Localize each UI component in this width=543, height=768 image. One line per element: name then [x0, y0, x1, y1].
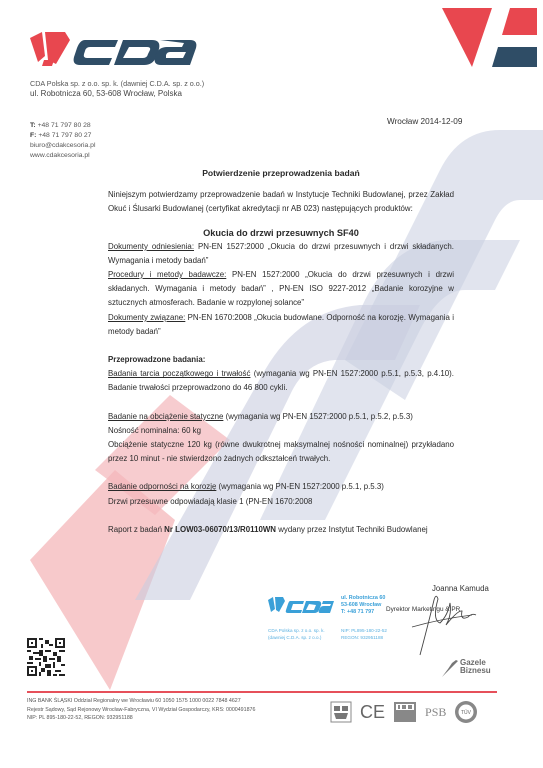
test-procedures: Procedury i metody badawcze: PN-EN 1527:… — [108, 268, 454, 311]
document-date: Wrocław 2014-12-09 — [387, 117, 462, 126]
test-corrosion: Badanie odporności na korozję (wymagania… — [108, 480, 454, 494]
report-reference: Raport z badań Nr LOW03-06070/13/R0110WN… — [108, 523, 454, 537]
stamp-company: CDA Polska sp. z o.o. sp. k. (dawniej C.… — [268, 627, 325, 641]
tuv-logo-icon: TÜV — [454, 700, 478, 724]
tests-heading: Przeprowadzone badania: — [108, 353, 454, 367]
stamp-address: ul. Robotnicza 60 53-608 Wrocław T: +48 … — [341, 595, 385, 617]
tax-ids: NIP: PL 895-180-22-52, REGON: 932951188 — [27, 714, 255, 723]
test-friction-durability: Badania tarcia początkowego i trwałość (… — [108, 367, 454, 395]
psb-logo-icon: PSB — [425, 700, 446, 724]
company-name: CDA Polska sp. z o.o. sp. k. (dawniej C.… — [30, 79, 204, 89]
footer-info: ING BANK ŚLĄSKI Oddział Regionalny we Wr… — [27, 697, 255, 723]
qr-code[interactable] — [27, 638, 65, 676]
stamp-cda-logo — [268, 595, 336, 617]
building-institute-icon — [330, 700, 352, 724]
product-name: Okucia do drzwi przesuwnych SF40 — [108, 227, 454, 240]
footer-divider — [27, 691, 497, 693]
handwritten-signature — [410, 585, 480, 665]
court-registry: Rejestr Sądowy, Sąd Rejonowy Wrocław-Fab… — [27, 706, 255, 715]
svg-text:TÜV: TÜV — [461, 709, 472, 716]
email[interactable]: biuro@cdakcesoria.pl — [30, 141, 95, 151]
corrosion-result: Drzwi przesuwne odpowiadają klasie 1 (PN… — [108, 495, 454, 509]
phone-label: T: — [30, 122, 36, 129]
corner-brand-mark — [440, 5, 540, 67]
related-documents: Dokumenty związane: PN-EN 1670:2008 „Oku… — [108, 311, 454, 339]
report-number: Nr LOW03-06070/13/R0110WN — [164, 525, 276, 534]
website[interactable]: www.cdakcesoria.pl — [30, 151, 95, 161]
ce-mark-icon: CE — [360, 700, 385, 724]
document-title: Potwierdzenie przeprowadzenia badań — [108, 166, 454, 180]
document-body: Potwierdzenie przeprowadzenia badań Nini… — [108, 166, 454, 537]
bank-info: ING BANK ŚLĄSKI Oddział Regionalny we Wr… — [27, 697, 255, 706]
nominal-capacity: Nośność nominalna: 60 kg — [108, 424, 454, 438]
certification-badges: CE PSB TÜV — [330, 697, 500, 727]
stamp-registry: NIP: PL895-180-22-52 REGON: 932951188 — [341, 627, 387, 641]
phone: +48 71 797 80 28 — [38, 122, 91, 129]
itb-icon — [393, 700, 417, 724]
reference-documents: Dokumenty odniesienia: PN-EN 1527:2000 „… — [108, 240, 454, 268]
test-static-load: Badanie na obciążenie statyczne (wymagan… — [108, 410, 454, 424]
company-info: CDA Polska sp. z o.o. sp. k. (dawniej C.… — [30, 79, 204, 99]
intro-paragraph: Niniejszym potwierdzamy przeprowadzenie … — [108, 188, 454, 216]
contact-info: T: +48 71 797 80 28 F: +48 71 797 80 27 … — [30, 121, 95, 161]
fax: +48 71 797 80 27 — [38, 132, 91, 139]
fax-label: F: — [30, 132, 36, 139]
company-address: ul. Robotnicza 60, 53-608 Wrocław, Polsk… — [30, 89, 204, 99]
static-load-result: Obciążenie statyczne 120 kg (równe dwukr… — [108, 438, 454, 466]
cda-logo — [30, 30, 200, 70]
